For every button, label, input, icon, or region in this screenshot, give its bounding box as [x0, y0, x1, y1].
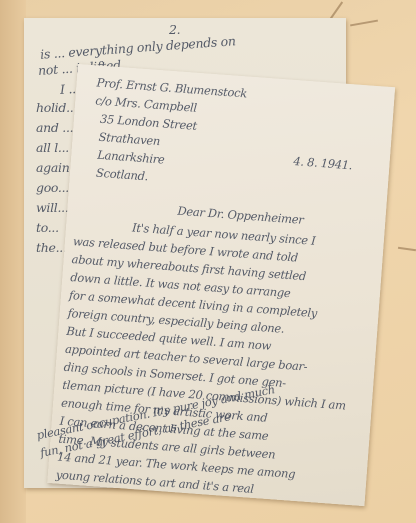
backing-crack	[350, 20, 378, 26]
letter-line: holid...	[36, 98, 77, 117]
letter-line: the...	[36, 238, 67, 257]
photo-scene: 2. is ... everything only depends on not…	[0, 0, 416, 523]
address-line: Scotland.	[95, 164, 148, 186]
backing-edge	[0, 0, 26, 523]
letter-line: will...	[36, 198, 69, 217]
backing-crack	[398, 247, 416, 251]
letter-line: all l...	[36, 138, 69, 157]
letter-line: to...	[36, 218, 59, 237]
letter-date: 4. 8. 1941.	[293, 152, 353, 175]
letter-line: and ...	[36, 118, 73, 137]
letter-line: goo...	[36, 178, 69, 197]
